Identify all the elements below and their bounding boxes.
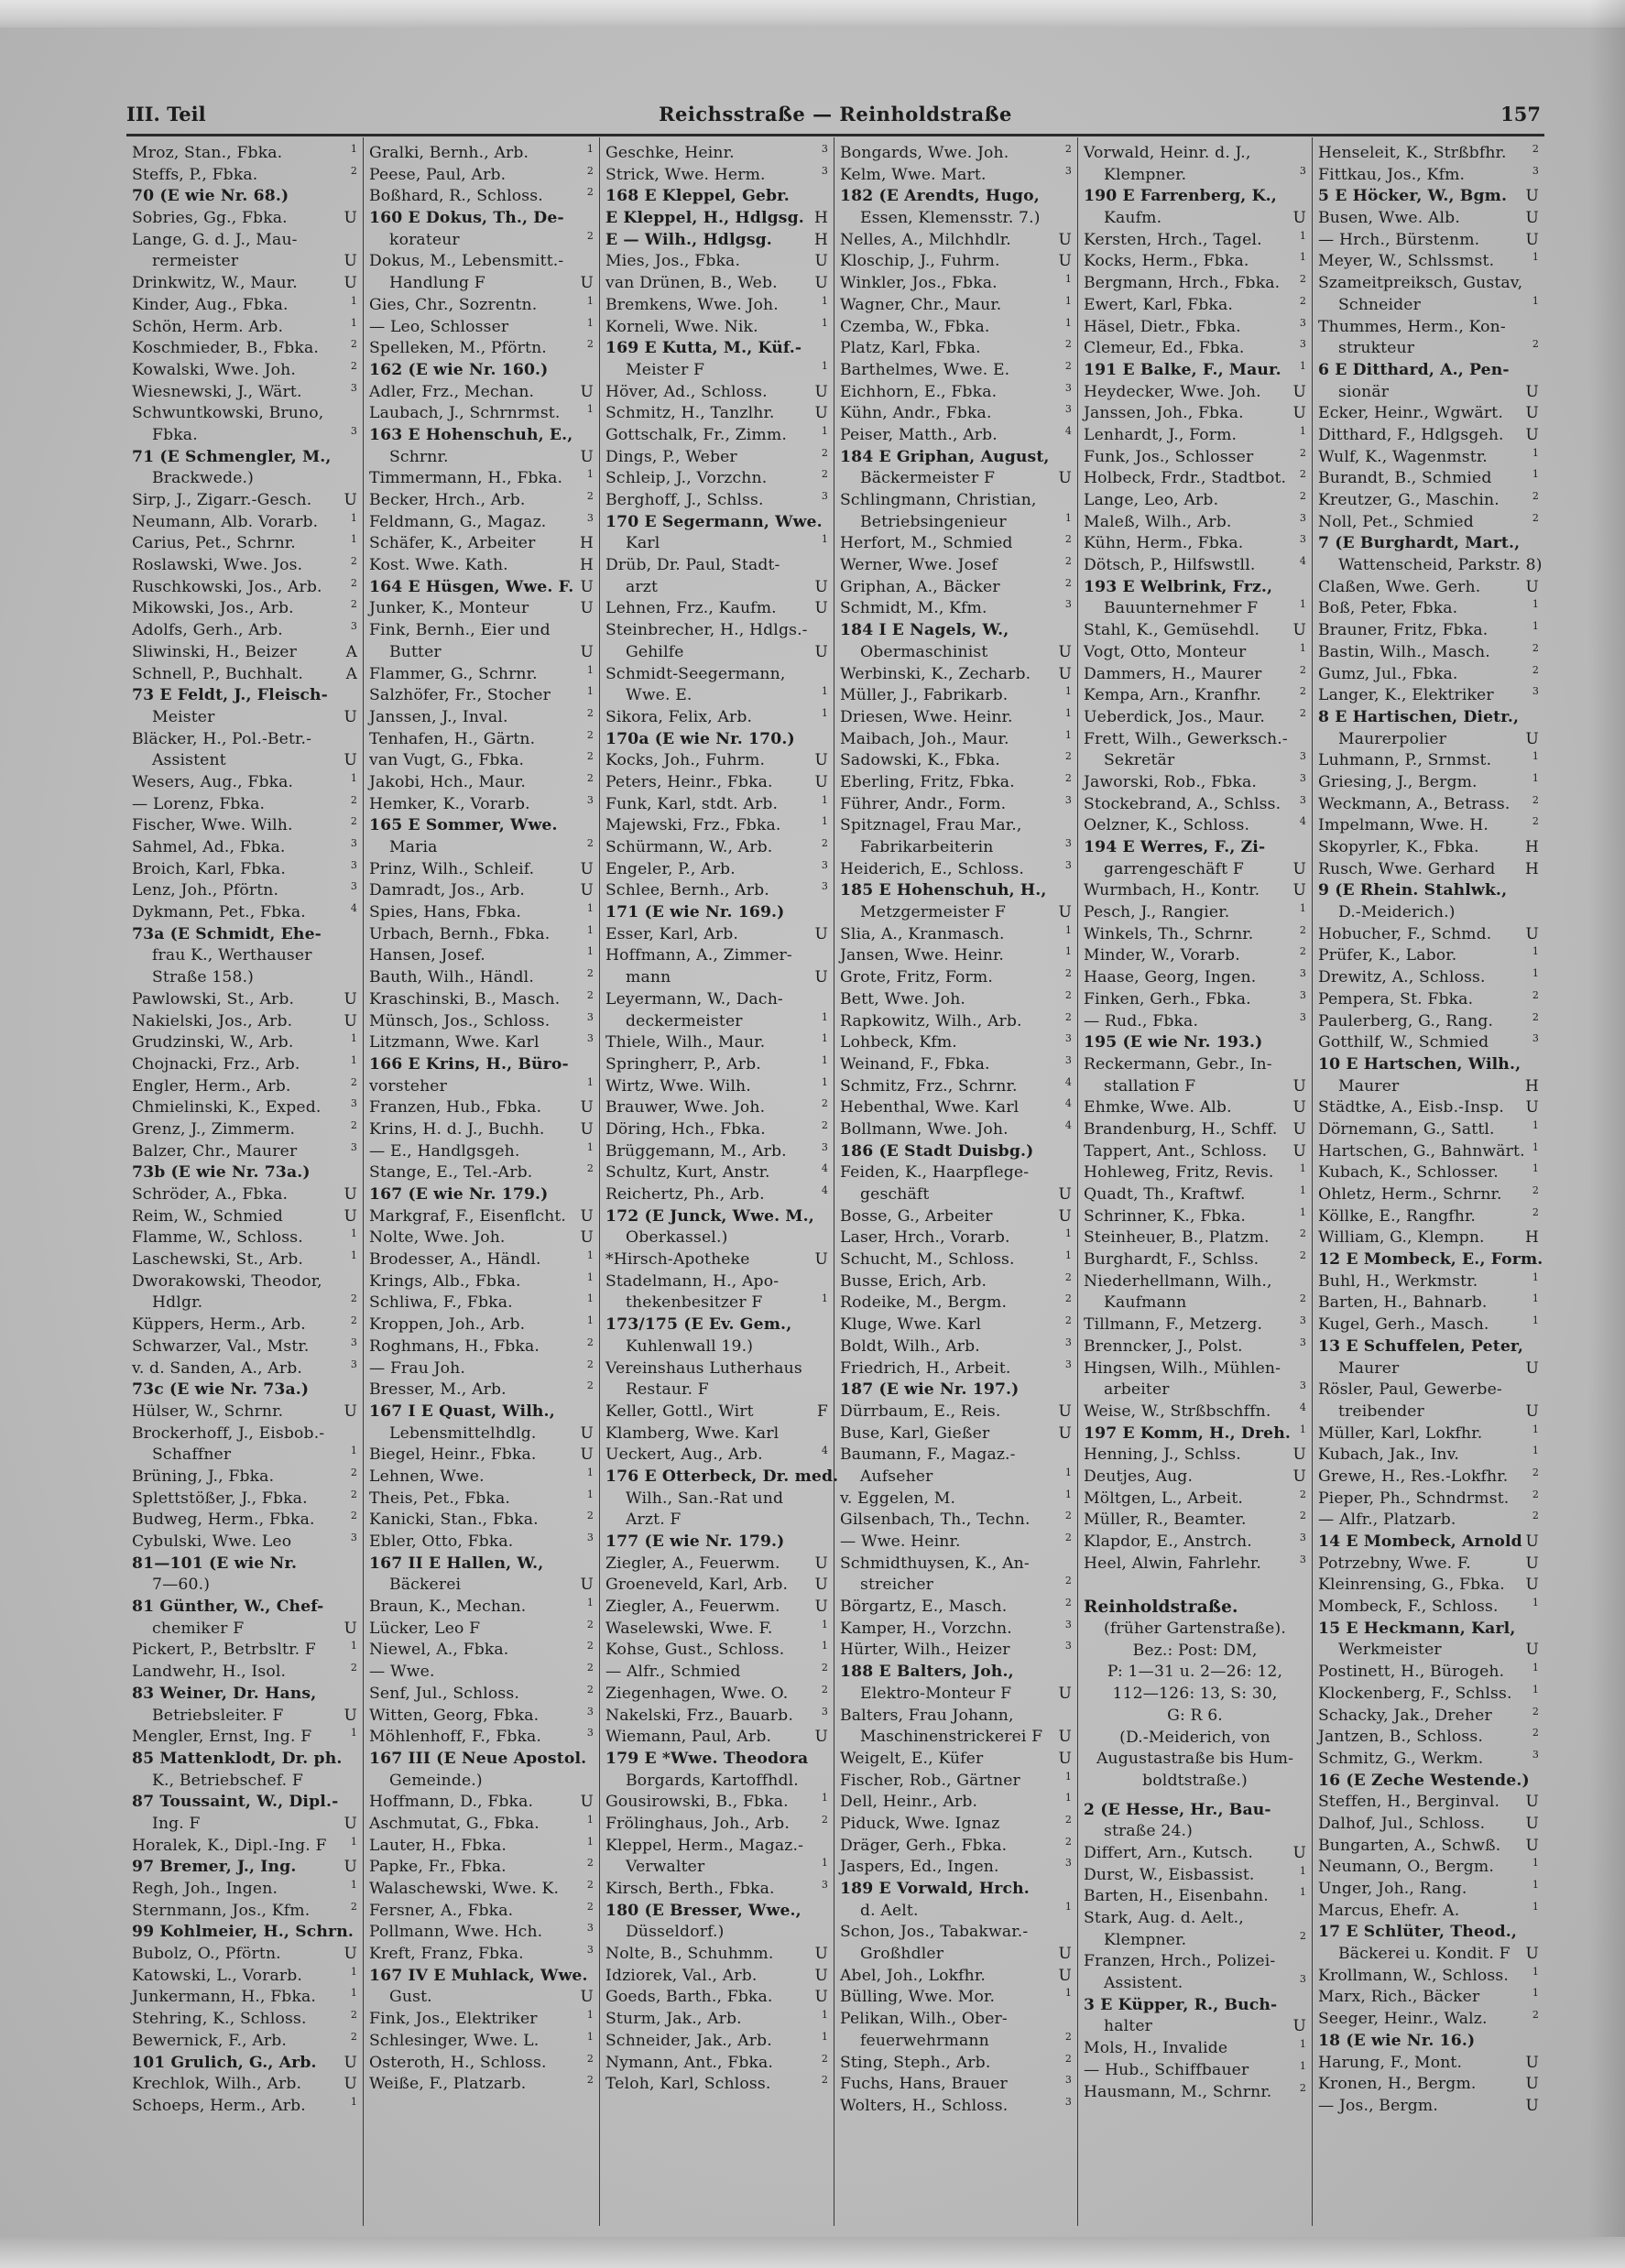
resident-entry: — Lorenz, Fbka.2 [132, 794, 357, 816]
floor-marker: 1 [351, 1831, 357, 1853]
floor-marker: 3 [1300, 768, 1306, 790]
entry-text: v. Eggelen, M. [840, 1488, 955, 1510]
resident-entry: Biegel, Heinr., Fbka.U [369, 1445, 594, 1467]
house-number-entry: 172 (E Junck, Wwe. M., [605, 1206, 828, 1228]
floor-marker: 2 [1065, 746, 1072, 768]
resident-entry: Kubach, K., Schlosser.1 [1318, 1162, 1539, 1184]
entry-text: Restaur. F [605, 1379, 709, 1401]
resident-entry: vorsteher1 [369, 1076, 594, 1098]
floor-marker: H [1525, 1227, 1539, 1249]
floor-marker: 1 [351, 1722, 357, 1744]
entry-text: Dammers, H., Maurer [1084, 664, 1262, 686]
floor-marker: 4 [1065, 1115, 1072, 1137]
column-1: Mroz, Stan., Fbka.1Steffs, P., Fbka.270 … [126, 137, 363, 2226]
resident-entry: Horalek, K., Dipl.-Ing. F1 [132, 1836, 357, 1858]
resident-entry: — Wwe. Heinr.2 [840, 1532, 1072, 1554]
floor-marker: U [815, 1966, 828, 1988]
column-3: Geschke, Heinr.3Strick, Wwe. Herm.3168 E… [599, 137, 834, 2226]
resident-entry: Rapkowitz, Wilh., Arb.2 [840, 1011, 1072, 1033]
entry-text: Straße 158.) [132, 967, 254, 989]
resident-entry: arbeiter3 [1084, 1379, 1306, 1401]
resident-entry: Grote, Fritz, Form.2 [840, 967, 1072, 989]
floor-marker: 1 [587, 1592, 594, 1614]
floor-marker: 2 [822, 1093, 828, 1115]
resident-entry: Bubolz, O., Pförtn.U [132, 1944, 357, 1966]
resident-entry: Unger, Joh., Rang.1 [1318, 1879, 1539, 1901]
floor-marker: 1 [822, 2004, 828, 2026]
house-number-entry: 73a (E Schmidt, Ehe- [132, 924, 357, 946]
floor-marker: U [581, 859, 594, 881]
resident-entry: Maria2 [369, 837, 594, 859]
entry-text: Brockerhoff, J., Eisbob.- [132, 1423, 324, 1445]
floor-marker: 3 [1065, 833, 1072, 855]
resident-entry: Piduck, Wwe. Ignaz2 [840, 1814, 1072, 1836]
floor-marker: 2 [1300, 941, 1306, 963]
floor-marker: 3 [1300, 160, 1306, 182]
floor-marker: 1 [822, 1614, 828, 1636]
resident-entry: — E., Handlgsgeh.1 [369, 1141, 594, 1163]
entry-text: Mombeck, F., Schloss. [1318, 1597, 1499, 1619]
entry-text: Paulerberg, G., Rang. [1318, 1011, 1493, 1033]
floor-marker: 3 [351, 855, 357, 877]
entry-text: Ruschkowski, Jos., Arb. [132, 577, 322, 599]
entry-text: Busse, Erich, Arb. [840, 1271, 987, 1293]
entry-text: Deutjes, Aug. [1084, 1467, 1193, 1488]
resident-entry: Reim, W., SchmiedU [132, 1206, 357, 1228]
floor-marker: 2 [822, 442, 828, 464]
resident-entry: Kloschip, J., Fuhrm.U [840, 251, 1072, 273]
entry-text: 83 Weiner, Dr. Hans, [132, 1684, 316, 1706]
resident-entry: Drewitz, A., Schloss.1 [1318, 967, 1539, 989]
resident-entry: Weckmann, A., Betrass.2 [1318, 794, 1539, 816]
floor-marker: 3 [1300, 507, 1306, 529]
resident-entry: Krins, H. d. J., Buchh.U [369, 1119, 594, 1141]
floor-marker: 3 [1532, 1744, 1539, 1766]
resident-entry: Brauner, Fritz, Fbka.1 [1318, 620, 1539, 642]
entry-text: v. d. Sanden, A., Arb. [132, 1358, 302, 1380]
entry-text: William, G., Klempn. [1318, 1227, 1485, 1249]
house-number-entry: 5 E Höcker, W., Bgm.U [1318, 186, 1539, 208]
entry-text: Werkmeister [1318, 1640, 1442, 1662]
entry-text: 167 (E wie Nr. 179.) [369, 1184, 548, 1206]
house-number-entry: 169 E Kutta, M., Küf.- [605, 338, 828, 360]
entry-text: Butter [369, 642, 442, 664]
floor-marker: 1 [822, 1028, 828, 1050]
floor-marker: 1 [587, 2026, 594, 2048]
floor-marker: 3 [822, 855, 828, 877]
entry-text: Kamper, H., Vorzchn. [840, 1619, 1012, 1641]
resident-entry: Bollmann, Wwe. Joh.4 [840, 1119, 1072, 1141]
entry-text: thekenbesitzer F [605, 1292, 762, 1314]
entry-text: Adolfs, Gerh., Arb. [132, 620, 283, 642]
house-number-entry: 73c (E wie Nr. 73a.) [132, 1379, 357, 1401]
floor-marker: U [581, 1423, 594, 1445]
resident-entry: v. Eggelen, M.1 [840, 1488, 1072, 1510]
entry-text: 5 E Höcker, W., Bgm. [1318, 186, 1507, 208]
house-number-entry: 81 Günther, W., Chef- [132, 1597, 357, 1619]
house-number-entry: 167 I E Quast, Wilh., [369, 1401, 594, 1423]
resident-entry: Roslawski, Wwe. Jos.2 [132, 555, 357, 577]
resident-entry: ObermaschinistU [840, 642, 1072, 664]
resident-entry: Holbeck, Frdr., Stadtbot.2 [1084, 468, 1306, 490]
floor-marker: 2 [587, 746, 594, 768]
resident-entry: Handlung FU [369, 273, 594, 295]
entry-text: Bez.: Post: DM, [1133, 1641, 1258, 1663]
floor-marker: U [1526, 1554, 1539, 1576]
resident-entry: Nakelski, Frz., Bauarb.3 [605, 1706, 828, 1728]
resident-entry: Dokus, M., Lebensmitt.- [369, 251, 594, 273]
entry-text: Krins, H. d. J., Buchh. [369, 1119, 545, 1141]
floor-marker: U [344, 1184, 357, 1206]
entry-text: Boß, Peter, Fbka. [1318, 598, 1457, 620]
resident-entry: Mies, Jos., Fbka.U [605, 251, 828, 273]
entry-text: Schäfer, K., Arbeiter [369, 533, 535, 555]
resident-entry: Aschmutat, G., Fbka.1 [369, 1814, 594, 1836]
entry-text: Städtke, A., Eisb.-Insp. [1318, 1097, 1504, 1119]
resident-entry: Hürter, Wilh., Heizer3 [840, 1640, 1072, 1662]
entry-text: Köllke, E., Rangfhr. [1318, 1206, 1476, 1228]
floor-marker: 1 [822, 1787, 828, 1809]
entry-text: Steinbrecher, H., Hdlgs.- [605, 620, 808, 642]
entry-text: 6 E Ditthard, A., Pen- [1318, 360, 1510, 382]
entry-text: Waselewski, Wwe. F. [605, 1619, 773, 1641]
entry-text: Kocks, Herm., Fbka. [1084, 251, 1249, 273]
entry-text: Kuhlenwall 19.) [605, 1336, 753, 1358]
entry-text: Kohse, Gust., Schloss. [605, 1640, 784, 1662]
entry-text: Funk, Jos., Schlosser [1084, 447, 1253, 469]
entry-text: 171 (E wie Nr. 169.) [605, 902, 784, 924]
floor-marker: 2 [351, 572, 357, 594]
resident-entry: Schwuntkowski, Bruno, [132, 403, 357, 425]
entry-text: 167 II E Hallen, W., [369, 1554, 543, 1576]
house-number-entry: 81—101 (E wie Nr. [132, 1554, 357, 1576]
floor-marker: 2 [587, 2048, 594, 2070]
resident-entry: Schliwa, F., Fbka.1 [369, 1292, 594, 1314]
resident-entry: Gottschalk, Fr., Zimm.1 [605, 425, 828, 447]
resident-entry: v. d. Sanden, A., Arb.3 [132, 1358, 357, 1380]
floor-marker: 1 [351, 1223, 357, 1245]
resident-entry: Schultz, Kurt, Anstr.4 [605, 1162, 828, 1184]
floor-marker: 2 [1300, 290, 1306, 312]
resident-entry: — Wwe.2 [369, 1662, 594, 1684]
resident-entry: Dalhof, Jul., Schloss.U [1318, 1814, 1539, 1836]
resident-entry: Klamberg, Wwe. Karl [605, 1423, 828, 1445]
floor-marker: 2 [822, 1679, 828, 1701]
resident-entry: Kühn, Herm., Fbka.3 [1084, 533, 1306, 555]
entry-text: Reckermann, Gebr., In- [1084, 1054, 1272, 1076]
resident-entry: Winkler, Jos., Fbka.1 [840, 273, 1072, 295]
floor-marker: 2 [1300, 1223, 1306, 1245]
entry-text: Schröder, A., Fbka. [132, 1184, 288, 1206]
house-number-entry: 170a (E wie Nr. 170.) [605, 729, 828, 751]
floor-marker: 2 [822, 1115, 828, 1137]
entry-text: — Leo, Schlosser [369, 317, 508, 339]
house-number-entry: 163 E Hohenschuh, E., [369, 425, 594, 447]
floor-marker: 2 [1300, 463, 1306, 485]
resident-entry: Durst, W., Eisbassist.1 [1084, 1865, 1306, 1887]
entry-text: Grenz, J., Zimmerm. [132, 1119, 295, 1141]
entry-text: Bauth, Wilh., Händl. [369, 967, 534, 989]
floor-marker: 4 [1065, 1072, 1072, 1094]
resident-entry: Berghoff, J., Schlss.3 [605, 490, 828, 512]
entry-text: Stehring, K., Schloss. [132, 2009, 307, 2031]
floor-marker: U [1059, 642, 1072, 664]
entry-text: Bremkens, Wwe. Joh. [605, 295, 779, 317]
resident-entry: frau K., Werthauser [132, 945, 357, 967]
resident-entry: — Frau Joh.2 [369, 1358, 594, 1380]
entry-text: Betriebsingenieur [840, 512, 1007, 534]
entry-text: Unger, Joh., Rang. [1318, 1879, 1467, 1901]
entry-text: Gralki, Bernh., Arb. [369, 143, 529, 165]
resident-entry: Steinheuer, B., Platzm.2 [1084, 1227, 1306, 1249]
floor-marker: 1 [587, 1809, 594, 1831]
entry-text: Dell, Heinr., Arb. [840, 1792, 977, 1814]
resident-entry: Vogt, Otto, Monteur1 [1084, 642, 1306, 664]
entry-text: Drüb, Dr. Paul, Stadt- [605, 555, 780, 577]
resident-entry: — Jos., Bergm.U [1318, 2096, 1539, 2118]
resident-entry: Buse, Karl, GießerU [840, 1423, 1072, 1445]
resident-entry: Schoeps, Herm., Arb.1 [132, 2096, 357, 2118]
resident-entry: Jansen, Wwe. Heinr.1 [840, 945, 1072, 967]
entry-text: 87 Toussaint, W., Dipl.- [132, 1792, 338, 1814]
resident-entry: Ueckert, Aug., Arb.4 [605, 1445, 828, 1467]
resident-entry: Bastin, Wilh., Masch.2 [1318, 642, 1539, 664]
resident-entry: Bäckermeister FU [840, 468, 1072, 490]
resident-entry: Marcus, Ehefr. A.1 [1318, 1901, 1539, 1923]
resident-entry: Abel, Joh., Lokfhr.U [840, 1966, 1072, 1988]
floor-marker: U [1293, 1097, 1306, 1119]
entry-text: Hürter, Wilh., Heizer [840, 1640, 1010, 1662]
floor-marker: 1 [587, 681, 594, 703]
entry-text: Sikora, Felix, Arb. [605, 707, 752, 729]
resident-entry: Oberkassel.) [605, 1227, 828, 1249]
resident-entry: Börgartz, E., Masch.2 [840, 1597, 1072, 1619]
floor-marker: 1 [1300, 1419, 1306, 1441]
resident-entry: Tillmann, F., Metzerg.3 [1084, 1314, 1306, 1336]
resident-entry: Schmitz, Frz., Schrnr.4 [840, 1076, 1072, 1098]
floor-marker: 2 [587, 181, 594, 203]
floor-marker: 2 [1532, 1505, 1539, 1527]
entry-text: Fbka. [132, 425, 198, 447]
floor-marker: 2 [587, 1354, 594, 1376]
resident-entry: Funk, Jos., Schlosser2 [1084, 447, 1306, 469]
resident-entry: Timmermann, H., Fbka.1 [369, 468, 594, 490]
floor-marker: 2 [1065, 1007, 1072, 1029]
floor-marker: 3 [351, 420, 357, 442]
entry-text: — Hrch., Bürstenm. [1318, 230, 1479, 252]
floor-marker: U [1526, 1358, 1539, 1380]
entry-text: Differt, Arn., Kutsch. [1084, 1843, 1253, 1865]
floor-marker: 2 [1300, 1245, 1306, 1267]
entry-text: Postinett, H., Bürogeh. [1318, 1662, 1504, 1684]
floor-marker: 3 [1532, 160, 1539, 182]
entry-text: Reim, W., Schmied [132, 1206, 283, 1228]
entry-text: Groeneveld, Karl, Arb. [605, 1575, 788, 1597]
entry-text: Springherr, P., Arb. [605, 1054, 761, 1076]
entry-text: Rusch, Wwe. Gerhard [1318, 859, 1495, 881]
entry-text: Marx, Rich., Bäcker [1318, 1987, 1479, 2009]
resident-entry: 7—60.) [132, 1575, 357, 1597]
house-number-entry: 3 E Küpper, R., Buch- [1084, 1995, 1306, 2017]
entry-text: Burghardt, F., Schlss. [1084, 1249, 1259, 1271]
entry-text: 73c (E wie Nr. 73a.) [132, 1379, 309, 1401]
street-note: boldtstraße.) [1084, 1771, 1306, 1793]
resident-entry: Landwehr, H., Isol.2 [132, 1662, 357, 1684]
resident-entry: Sekretär3 [1084, 750, 1306, 772]
resident-entry: Steinbrecher, H., Hdlgs.- [605, 620, 828, 642]
entry-text: Werner, Wwe. Josef [840, 555, 998, 577]
floor-marker: 1 [1532, 746, 1539, 768]
resident-entry: Lücker, Leo F2 [369, 1619, 594, 1641]
house-number-entry: 71 (E Schmengler, M., [132, 447, 357, 469]
floor-marker: U [815, 924, 828, 946]
resident-entry: Schrinner, K., Fbka.1 [1084, 1206, 1306, 1228]
entry-text: Kowalski, Wwe. Joh. [132, 360, 296, 382]
floor-marker: U [1526, 1792, 1539, 1814]
resident-entry: Neumann, O., Bergm.1 [1318, 1857, 1539, 1879]
entry-text: 8 E Hartischen, Dietr., [1318, 707, 1519, 729]
floor-marker: 2 [587, 1896, 594, 1918]
floor-marker: 2 [1065, 985, 1072, 1007]
floor-marker: 2 [1065, 1267, 1072, 1289]
entry-text: Schürmann, W., Arb. [605, 837, 772, 859]
entry-text: — Frau Joh. [369, 1358, 465, 1380]
house-number-entry: 167 IV E Muhlack, Wwe. [369, 1966, 594, 1988]
resident-entry: Schröder, A., Fbka.U [132, 1184, 357, 1206]
resident-entry: Müller, R., Beamter.2 [1084, 1510, 1306, 1532]
street-note: Augustastraße bis Hum- [1084, 1749, 1306, 1771]
floor-marker: 2 [822, 833, 828, 855]
resident-entry: Peese, Paul, Arb.2 [369, 165, 594, 187]
resident-entry: Assistent.3 [1084, 1973, 1306, 1995]
entry-text: Bubolz, O., Pförtn. [132, 1944, 281, 1966]
resident-entry: Schmidthuysen, K., An- [840, 1554, 1072, 1576]
entry-text: Vereinshaus Lutherhaus [605, 1358, 802, 1380]
resident-entry: Brodesser, A., Händl.1 [369, 1249, 594, 1271]
resident-entry: Betriebsingenieur1 [840, 512, 1072, 534]
resident-entry: Kaufm.U [1084, 208, 1306, 230]
floor-marker: 1 [587, 898, 594, 920]
floor-marker: 1 [587, 312, 594, 334]
resident-entry: Janssen, Joh., Fbka.U [1084, 403, 1306, 425]
resident-entry: Stadelmann, H., Apo- [605, 1271, 828, 1293]
resident-entry: Kuhlenwall 19.) [605, 1336, 828, 1358]
resident-entry: Schlee, Bernh., Arb.3 [605, 880, 828, 902]
resident-entry: Heiderich, E., Schloss.3 [840, 859, 1072, 881]
entry-text: Kloschip, J., Fuhrm. [840, 251, 1000, 273]
resident-entry: Braun, K., Mechan.1 [369, 1597, 594, 1619]
floor-marker: 3 [1065, 855, 1072, 877]
entry-text: Karl [605, 533, 660, 555]
floor-marker: 2 [587, 1375, 594, 1397]
floor-marker: 2 [351, 594, 357, 616]
entry-text: Handlung F [369, 273, 485, 295]
resident-entry: Theis, Pet., Fbka.1 [369, 1488, 594, 1510]
entry-text: Litzmann, Wwe. Karl [369, 1032, 540, 1054]
resident-entry: Kocks, Joh., Fuhrm.U [605, 750, 828, 772]
resident-entry: Thummes, Herm., Kon- [1318, 317, 1539, 339]
entry-text: Ziegler, A., Feuerwm. [605, 1554, 780, 1576]
resident-entry: Werner, Wwe. Josef2 [840, 555, 1072, 577]
entry-text: Ebler, Otto, Fbka. [369, 1532, 513, 1554]
house-number-entry: 12 E Mombeck, E., Form. [1318, 1249, 1539, 1271]
entry-text: Piduck, Wwe. Ignaz [840, 1814, 999, 1836]
resident-entry: Borgards, Kartoffhdl. [605, 1771, 828, 1793]
floor-marker: 2 [1065, 1809, 1072, 1831]
entry-text: Nolte, Wwe. Joh. [369, 1227, 506, 1249]
entry-text: Regh, Joh., Ingen. [132, 1879, 278, 1901]
floor-marker: 1 [1300, 225, 1306, 247]
floor-marker: 2 [351, 1115, 357, 1137]
entry-text: 177 (E wie Nr. 179.) [605, 1532, 784, 1554]
resident-entry: *Hirsch-ApothekeU [605, 1249, 828, 1271]
scanned-page: III. Teil Reichsstraße — Reinholdstraße … [0, 0, 1625, 2268]
entry-text: Chojnacki, Frz., Arb. [132, 1054, 300, 1076]
floor-marker: 3 [587, 1722, 594, 1744]
floor-marker: 1 [822, 703, 828, 725]
house-number-entry: E Kleppel, H., Hdlgsg.H [605, 208, 828, 230]
entry-text: Oberkassel.) [605, 1227, 727, 1249]
resident-entry: MeisterU [132, 707, 357, 729]
entry-text: Ditthard, F., Hdlgsgeh. [1318, 425, 1504, 447]
house-number-entry: 193 E Welbrink, Frz., [1084, 577, 1306, 599]
entry-text: Ing. F [132, 1814, 201, 1836]
resident-entry: Heydecker, Wwe. Joh.U [1084, 382, 1306, 404]
entry-text: Oelzner, K., Schloss. [1084, 815, 1249, 837]
resident-entry: Osteroth, H., Schloss.2 [369, 2053, 594, 2075]
floor-marker: 1 [1065, 725, 1072, 747]
entry-text: Walaschewski, Wwe. K. [369, 1879, 559, 1901]
resident-entry: Teloh, Karl, Schloss.2 [605, 2074, 828, 2096]
resident-entry: Ruschkowski, Jos., Arb.2 [132, 577, 357, 599]
house-number-entry: 2 (E Hesse, Hr., Bau- [1084, 1800, 1306, 1822]
entry-text: Pieper, Ph., Schndrmst. [1318, 1488, 1509, 1510]
floor-marker: 2 [1532, 485, 1539, 507]
entry-text: Meister [132, 707, 214, 729]
entry-text: 170 E Segermann, Wwe. [605, 512, 823, 534]
entry-text: Gumz, Jul., Fbka. [1318, 664, 1458, 686]
resident-entry: Sirp, J., Zigarr.-Gesch.U [132, 490, 357, 512]
floor-marker: 3 [587, 1939, 594, 1961]
entry-text: Hansen, Josef. [369, 945, 485, 967]
floor-marker: 1 [587, 1288, 594, 1310]
floor-marker: 1 [1532, 941, 1539, 963]
entry-text: Fischer, Wwe. Wilh. [132, 815, 293, 837]
entry-text: Marcus, Ehefr. A. [1318, 1901, 1459, 1923]
entry-text: 185 E Hohenschuh, H., [840, 880, 1047, 902]
resident-entry: Dell, Heinr., Arb.1 [840, 1792, 1072, 1814]
entry-text: Grewe, H., Res.-Lokfhr. [1318, 1467, 1508, 1488]
resident-entry: Quadt, Th., Kraftwf.1 [1084, 1184, 1306, 1206]
resident-entry: Aufseher1 [840, 1467, 1072, 1488]
resident-entry: Schmidt-Seegermann, [605, 664, 828, 686]
house-number-entry: 188 E Balters, Joh., [840, 1662, 1072, 1684]
floor-marker: 2 [1065, 963, 1072, 985]
house-number-entry: 8 E Hartischen, Dietr., [1318, 707, 1539, 729]
house-number-entry: 14 E Mombeck, ArnoldU [1318, 1532, 1539, 1554]
floor-marker: 2 [1532, 1180, 1539, 1202]
entry-text: Sliwinski, H., Beizer [132, 642, 297, 664]
floor-marker: 1 [1532, 1961, 1539, 1983]
house-number-entry: 190 E Farrenberg, K., [1084, 186, 1306, 208]
floor-marker: 2 [1532, 985, 1539, 1007]
floor-marker: 2 [587, 1332, 594, 1354]
entry-text: Mikowski, Jos., Arb. [132, 598, 294, 620]
resident-entry: Stange, E., Tel.-Arb.2 [369, 1162, 594, 1184]
entry-text: Boßhard, R., Schloss. [369, 186, 543, 208]
entry-text: Stange, E., Tel.-Arb. [369, 1162, 532, 1184]
resident-entry: Walaschewski, Wwe. K.2 [369, 1879, 594, 1901]
